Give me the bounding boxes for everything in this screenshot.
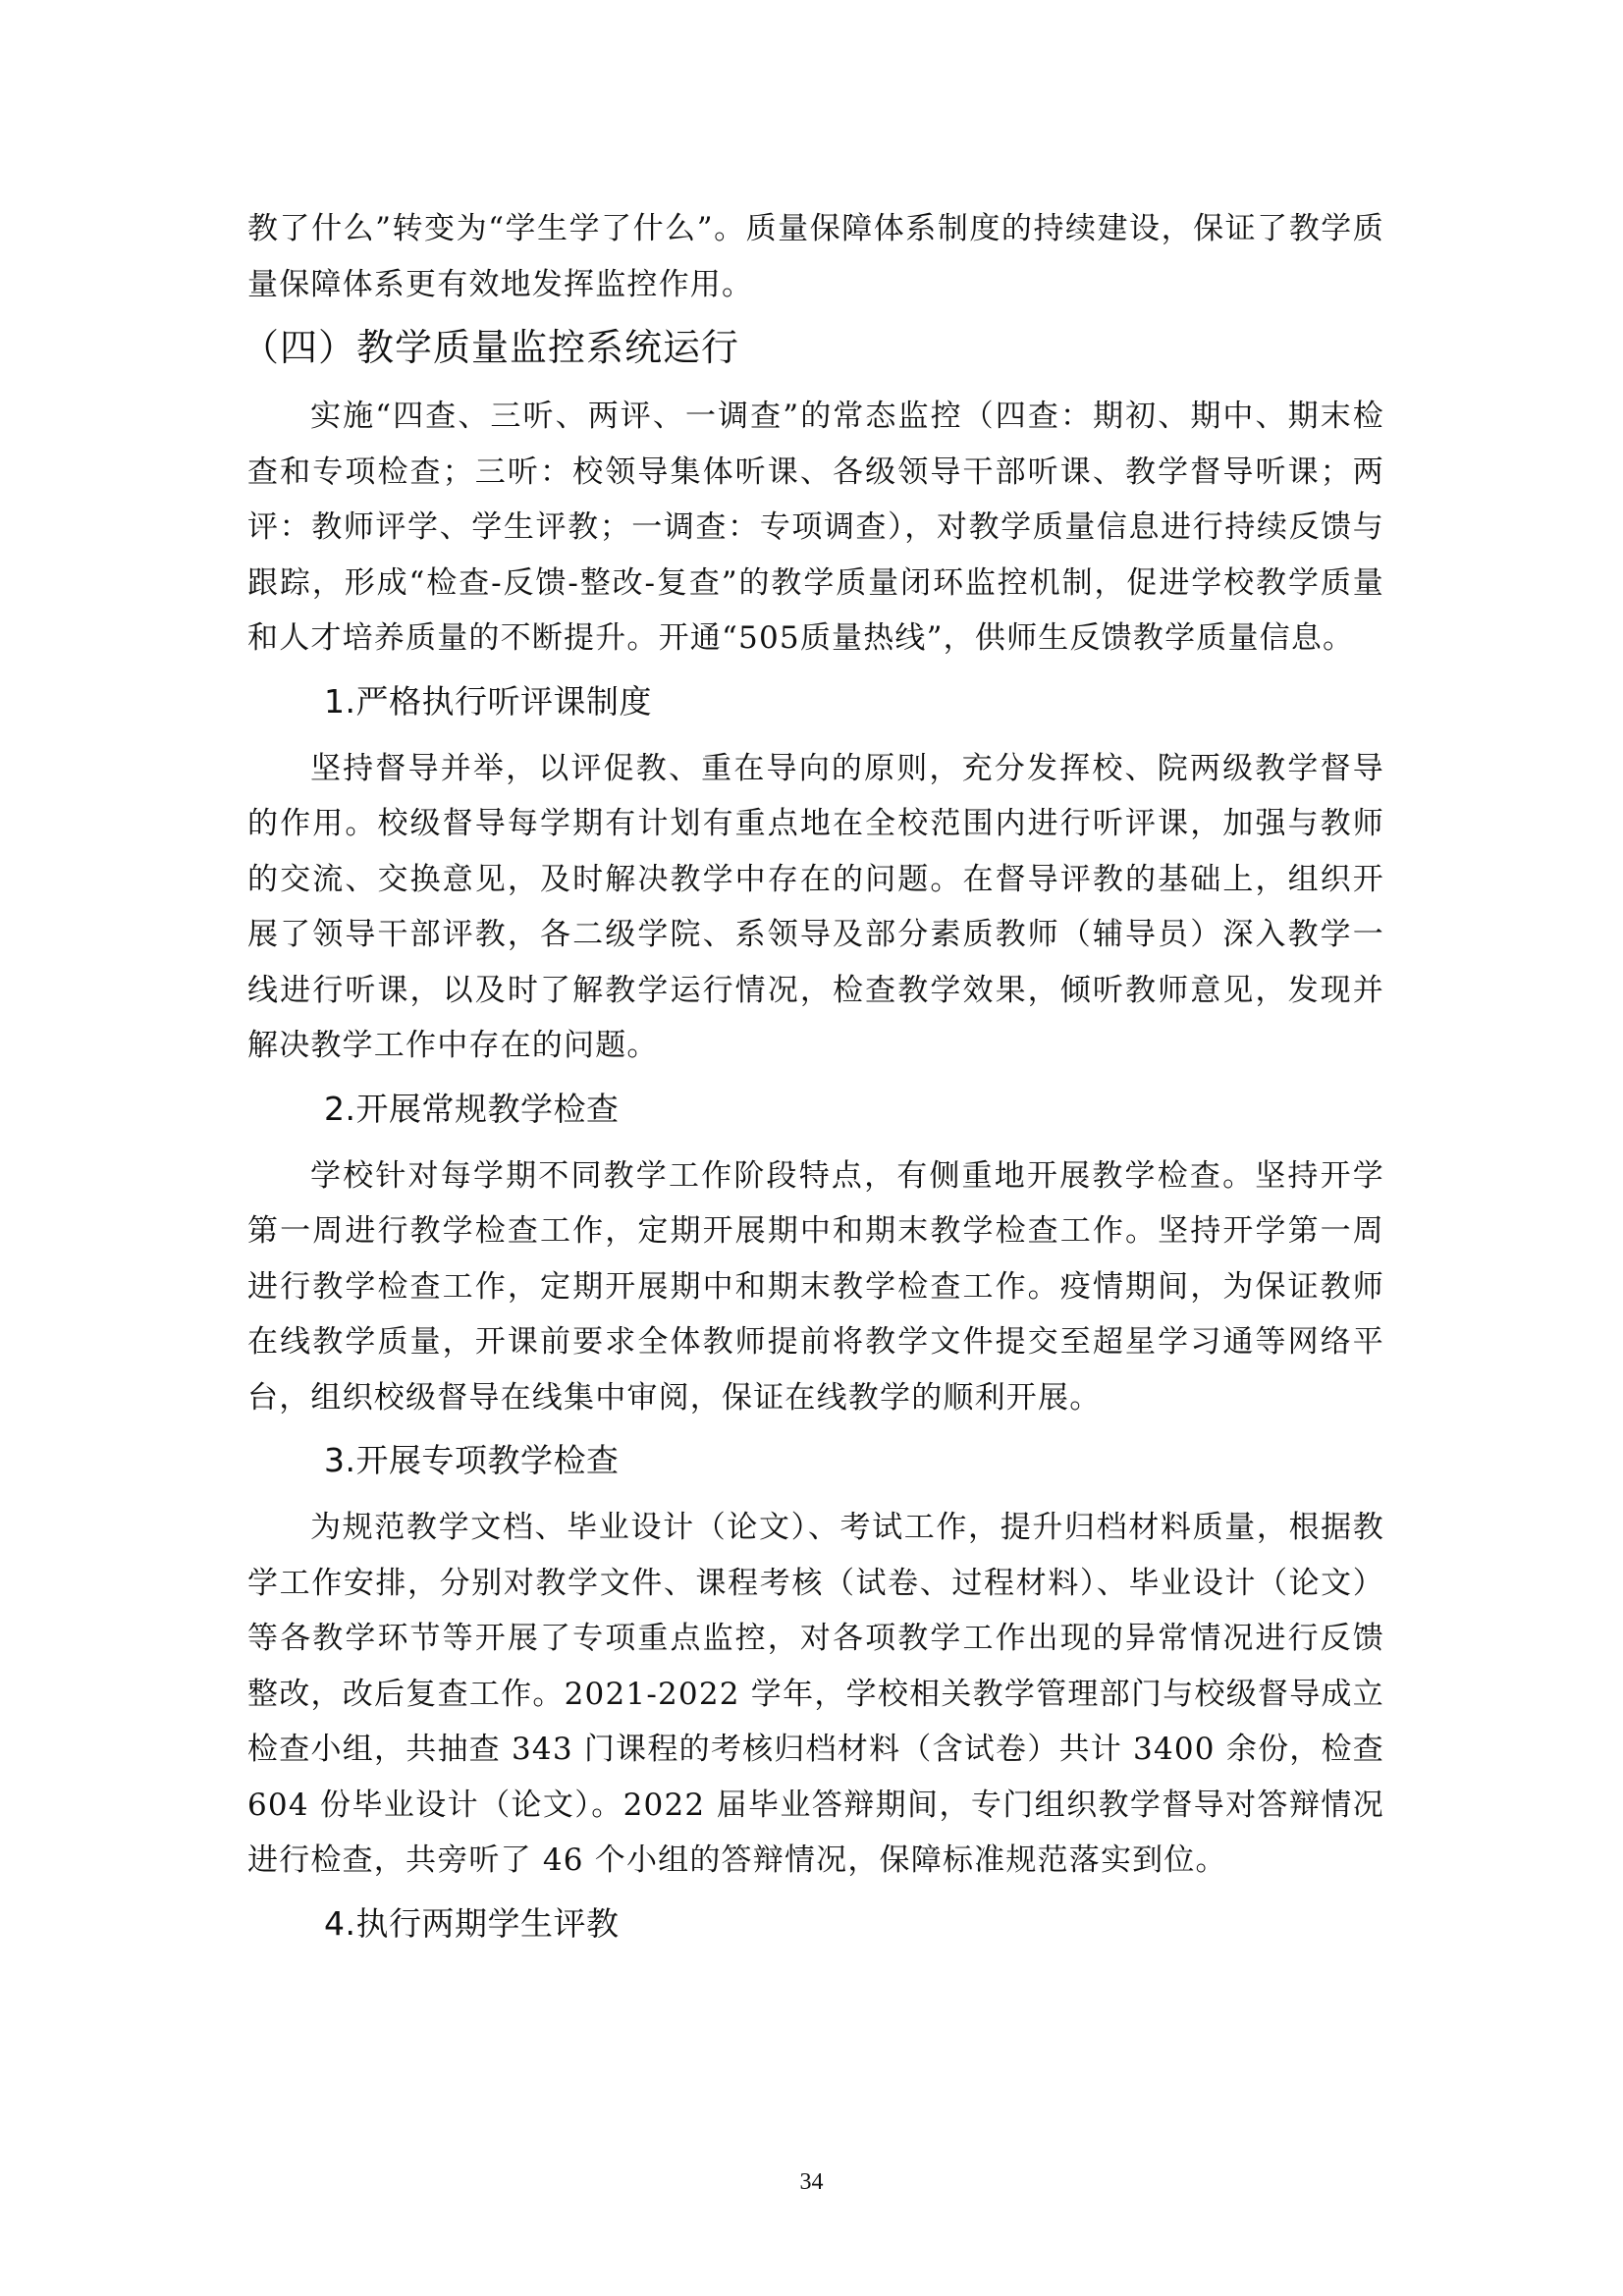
document-page: 教了什么”转变为“学生学了什么”。质量保障体系制度的持续建设，保证了教学质量保障… xyxy=(247,201,1384,1963)
continuation-paragraph: 教了什么”转变为“学生学了什么”。质量保障体系制度的持续建设，保证了教学质量保障… xyxy=(247,201,1384,312)
section-heading: （四）教学质量监控系统运行 xyxy=(242,318,1384,377)
subsection-paragraph-3: 为规范教学文档、毕业设计（论文）、考试工作，提升归档材料质量，根据教学工作安排，… xyxy=(247,1500,1384,1889)
subsection-heading-1: 1.严格执行听评课制度 xyxy=(324,674,1384,729)
subsection-paragraph-1: 坚持督导并举，以评促教、重在导向的原则，充分发挥校、院两级教学督导的作用。校级督… xyxy=(247,741,1384,1074)
section-intro-paragraph: 实施“四查、三听、两评、一调查”的常态监控（四查：期初、期中、期末检查和专项检查… xyxy=(247,389,1384,667)
subsection-heading-2: 2.开展常规教学检查 xyxy=(324,1082,1384,1137)
subsection-heading-4: 4.执行两期学生评教 xyxy=(324,1896,1384,1951)
page-number: 34 xyxy=(0,2169,1623,2196)
subsection-heading-3: 3.开展专项教学检查 xyxy=(324,1433,1384,1488)
subsection-paragraph-2: 学校针对每学期不同教学工作阶段特点，有侧重地开展教学检查。坚持开学第一周进行教学… xyxy=(247,1148,1384,1426)
